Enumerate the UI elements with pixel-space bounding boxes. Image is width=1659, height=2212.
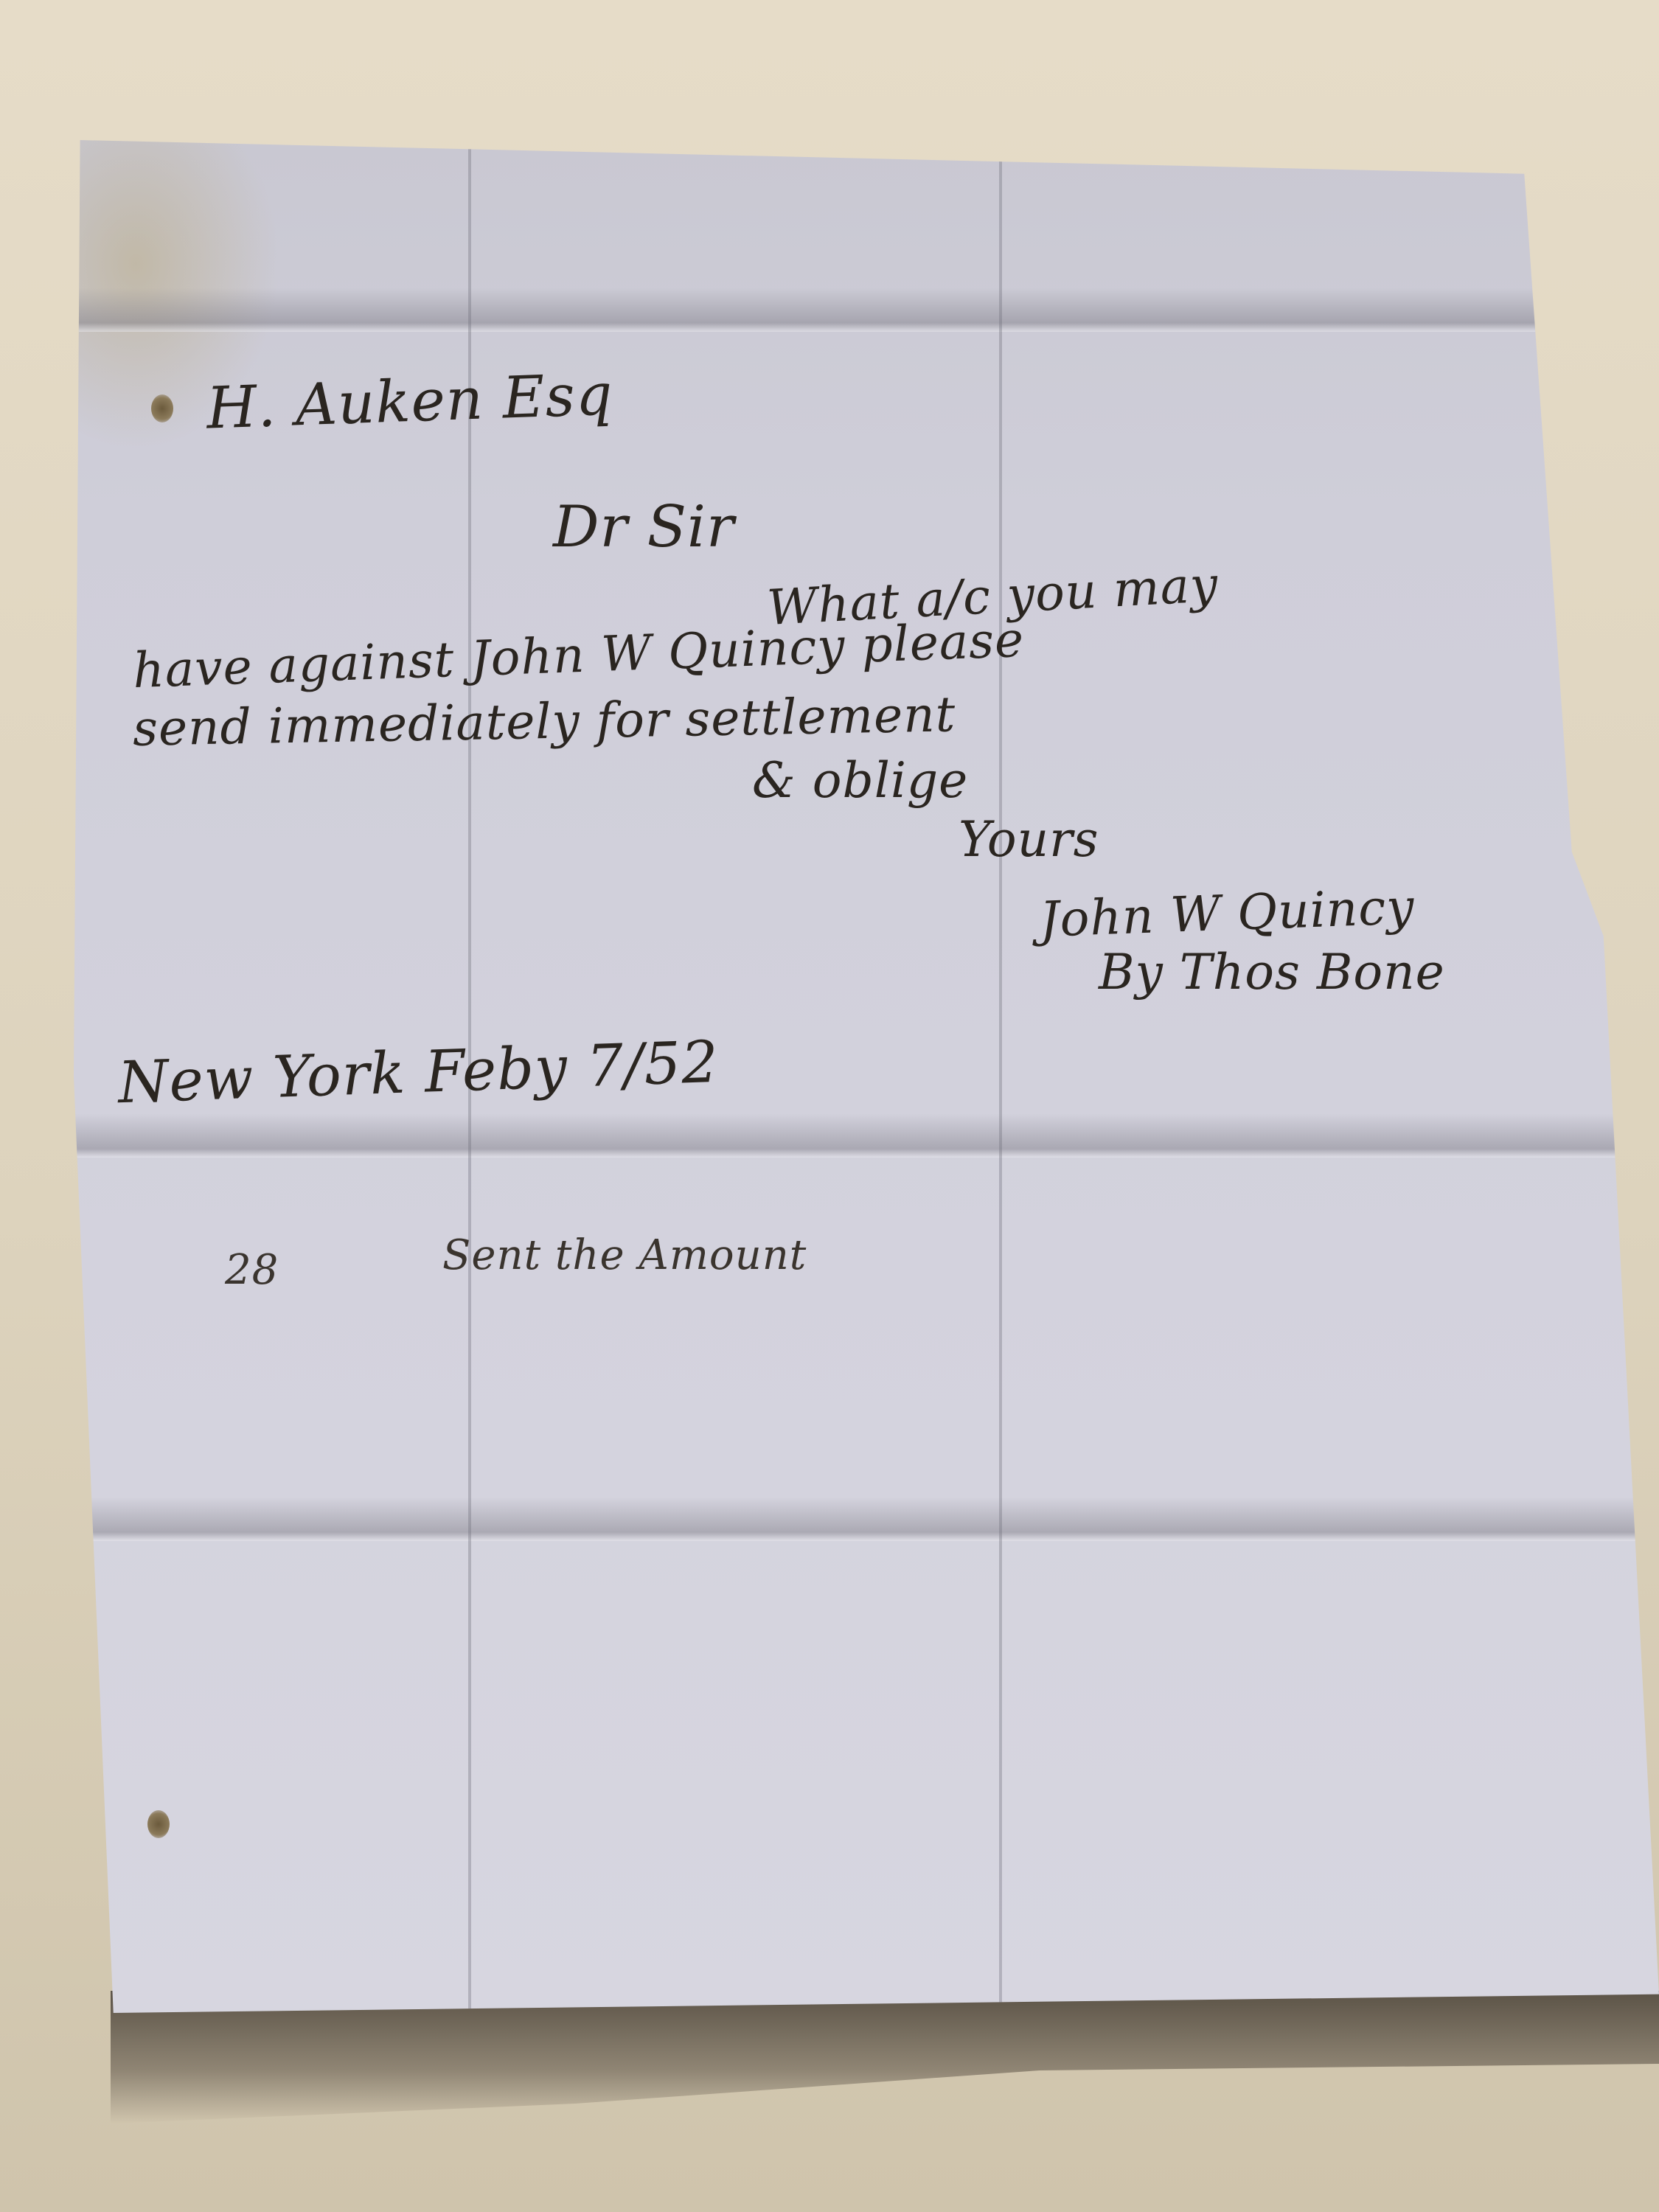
- signature-by: By Thos Bone: [1099, 944, 1445, 1001]
- fold-line-middle: [74, 1113, 1659, 1158]
- addressee: H. Auken Esq: [206, 361, 614, 442]
- annotation-text: Sent the Amount: [442, 1231, 807, 1279]
- dateline: New York Feby 7/52: [117, 1029, 720, 1116]
- fold-line-center: [999, 140, 1002, 2013]
- closing: Yours: [959, 811, 1099, 868]
- greeting: Dr Sir: [553, 494, 734, 560]
- signature: John W Quincy: [1039, 878, 1416, 948]
- pin-hole-top: [151, 394, 173, 422]
- paper-shadow: [111, 1991, 1659, 2124]
- annotation-number: 28: [225, 1246, 279, 1294]
- letter-paper: H. Auken Esq Dr Sir What a/c you may hav…: [74, 140, 1659, 2013]
- fold-line-lower: [74, 1497, 1659, 1541]
- body-line-2: have against John W Quincy please: [132, 611, 1025, 699]
- body-line-3: send immediately for settlement: [132, 686, 956, 757]
- fold-line-top: [74, 288, 1659, 332]
- body-line-4: & oblige: [752, 752, 968, 809]
- pin-hole-bottom: [147, 1810, 170, 1838]
